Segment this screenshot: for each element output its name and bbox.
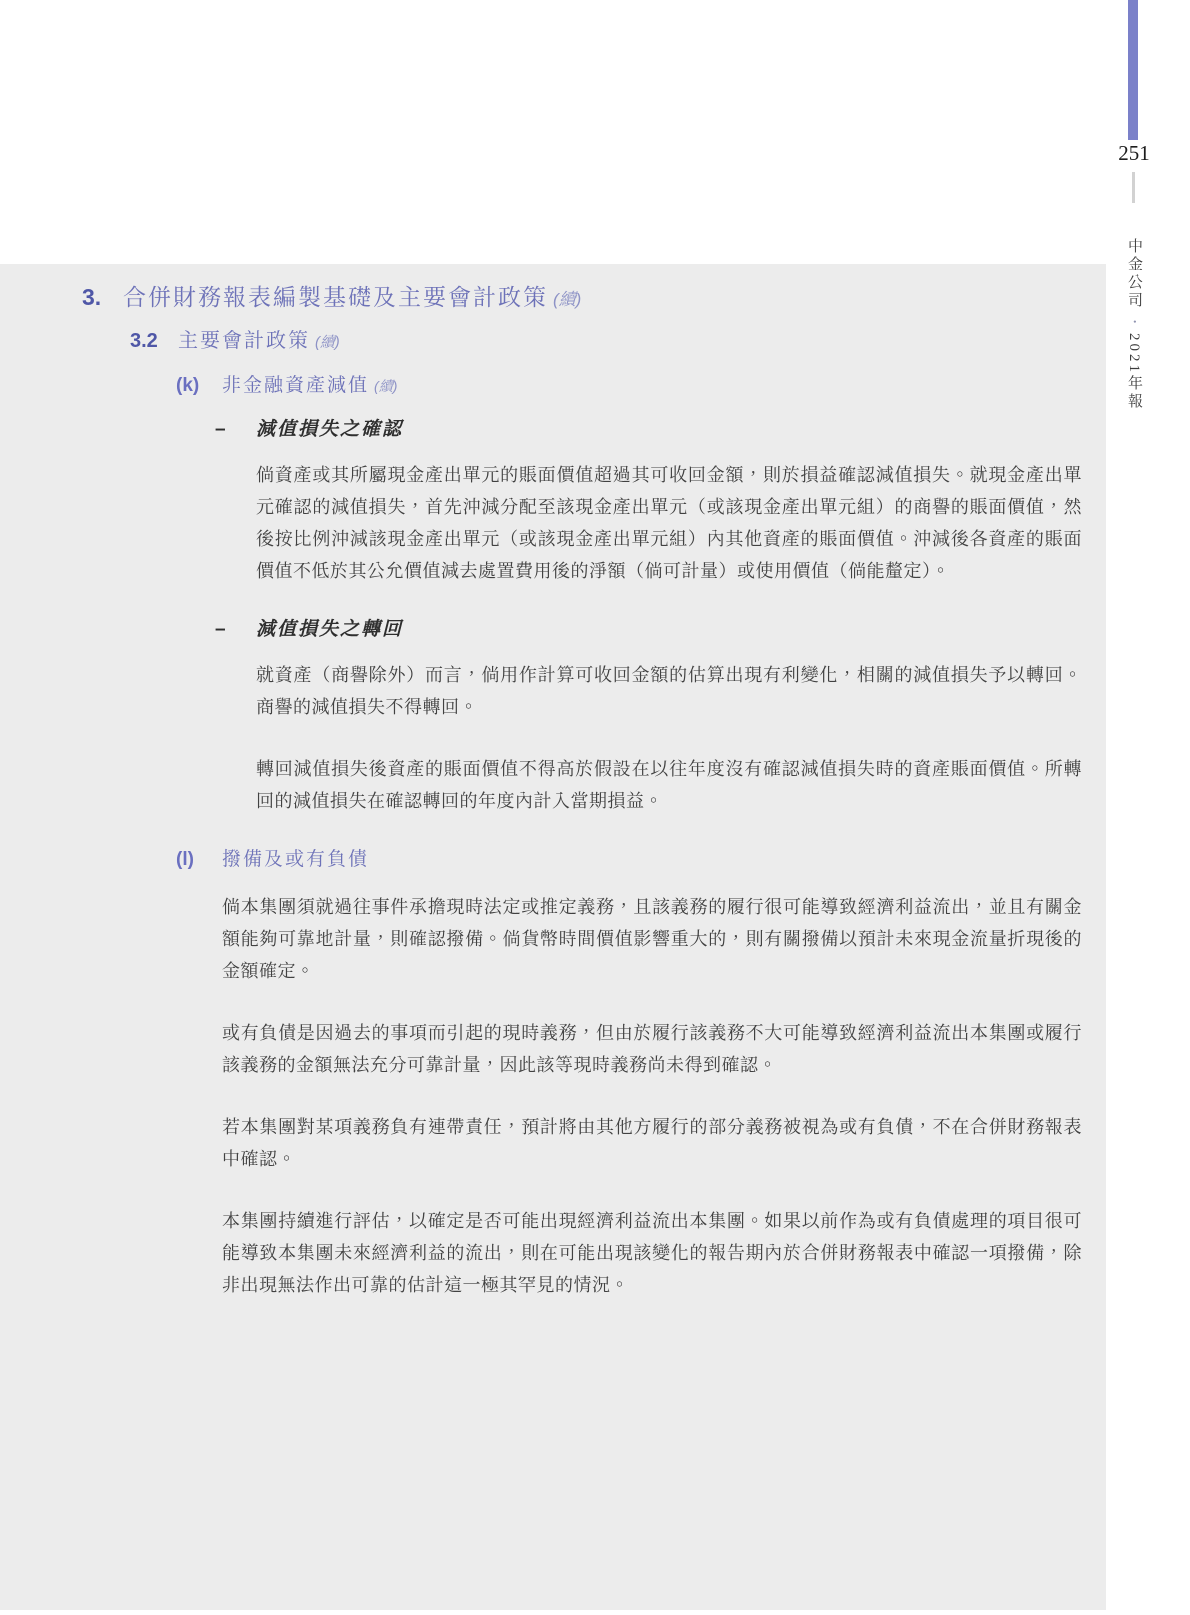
page-number-tick bbox=[1132, 172, 1135, 203]
sub-item-heading: – 減值損失之轉回 bbox=[215, 617, 1106, 643]
body-paragraph: 若本集團對某項義務負有連帶責任，預計將由其他方履行的部分義務被視為或有負債，不在… bbox=[222, 1111, 1082, 1175]
item-k-title-text: 非金融資產減值 bbox=[222, 375, 369, 396]
section-title-text: 合併財務報表編製基礎及主要會計政策 bbox=[123, 284, 548, 310]
caption-separator-dot: • bbox=[1130, 320, 1140, 323]
item-k-continued-tag: (續) bbox=[374, 378, 397, 394]
accent-bar bbox=[1128, 0, 1138, 140]
body-paragraph: 倘資產或其所屬現金產出單元的賬面價值超過其可收回金額，則於損益確認減值損失。就現… bbox=[256, 459, 1082, 587]
item-k-label: (k) bbox=[176, 373, 222, 399]
dash-marker: – bbox=[215, 417, 256, 443]
company-name: 中金公司 bbox=[1124, 238, 1145, 310]
body-paragraph: 本集團持續進行評估，以確定是否可能出現經濟利益流出本集團。如果以前作為或有負債處… bbox=[222, 1205, 1082, 1301]
section-continued-tag: (續) bbox=[553, 290, 581, 309]
item-l-title: 撥備及或有負債 bbox=[222, 847, 369, 873]
body-paragraph: 或有負債是因過去的事項而引起的現時義務，但由於履行該義務不大可能導致經濟利益流出… bbox=[222, 1017, 1082, 1081]
page-number: 251 bbox=[1106, 141, 1162, 165]
sub-item-heading-text: 減值損失之確認 bbox=[256, 417, 403, 443]
subsection-continued-tag: (續) bbox=[315, 335, 340, 351]
sub-item-impairment-reversal: – 減值損失之轉回 就資產（商譽除外）而言，倘用作計算可收回金額的估算出現有利變… bbox=[0, 617, 1106, 817]
item-l-heading: (l) 撥備及或有負債 bbox=[176, 847, 1106, 873]
subsection-title-text: 主要會計政策 bbox=[178, 330, 310, 352]
section-number: 3. bbox=[82, 282, 123, 312]
subsection-number: 3.2 bbox=[130, 327, 178, 355]
body-paragraph: 轉回減值損失後資產的賬面價值不得高於假設在以往年度沒有確認減值損失時的資產賬面價… bbox=[256, 753, 1082, 817]
item-l-label: (l) bbox=[176, 847, 222, 873]
body-paragraph: 就資產（商譽除外）而言，倘用作計算可收回金額的估算出現有利變化，相關的減值損失予… bbox=[256, 659, 1082, 723]
report-year-label: 2021年報 bbox=[1124, 333, 1145, 411]
sub-item-impairment-recognition: – 減值損失之確認 倘資產或其所屬現金產出單元的賬面價值超過其可收回金額，則於損… bbox=[0, 417, 1106, 587]
subsection-heading: 3.2 主要會計政策(續) bbox=[130, 327, 1106, 357]
annual-report-page: 251 中金公司 • 2021年報 3. 合併財務報表編製基礎及主要會計政策(續… bbox=[0, 0, 1190, 1615]
item-l-title-text: 撥備及或有負債 bbox=[222, 849, 369, 870]
sub-item-heading: – 減值損失之確認 bbox=[215, 417, 1106, 443]
dash-marker: – bbox=[215, 617, 256, 643]
section-title: 合併財務報表編製基礎及主要會計政策(續) bbox=[123, 282, 581, 315]
item-k-heading: (k) 非金融資產減值(續) bbox=[176, 373, 1106, 399]
content-panel: 3. 合併財務報表編製基礎及主要會計政策(續) 3.2 主要會計政策(續) (k… bbox=[0, 264, 1106, 1610]
subsection-title: 主要會計政策(續) bbox=[178, 327, 340, 357]
vertical-report-caption: 中金公司 • 2021年報 bbox=[1124, 238, 1145, 638]
sub-item-heading-text: 減值損失之轉回 bbox=[256, 617, 403, 643]
body-paragraph: 倘本集團須就過往事件承擔現時法定或推定義務，且該義務的履行很可能導致經濟利益流出… bbox=[222, 891, 1082, 987]
item-k-title: 非金融資產減值(續) bbox=[222, 373, 397, 399]
section-heading: 3. 合併財務報表編製基礎及主要會計政策(續) bbox=[82, 282, 1106, 315]
